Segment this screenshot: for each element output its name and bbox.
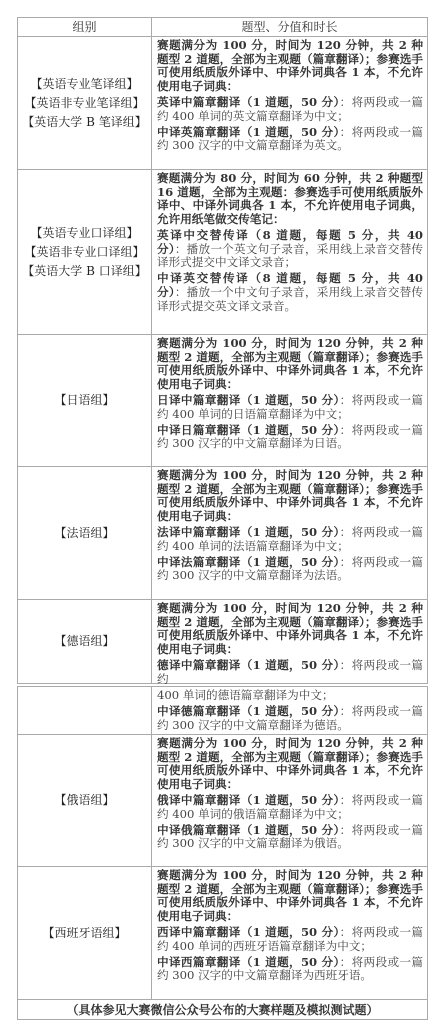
intro-text: 赛题满分为 100 分，时间为 120 分钟，共 2 种题型 2 道题，全部为主… xyxy=(157,337,423,391)
group-label: 【德语组】 xyxy=(54,632,114,651)
table-row-german: 【德语组】 赛题满分为 100 分，时间为 120 分钟，共 2 种题型 2 道… xyxy=(17,600,428,684)
header-group: 组别 xyxy=(18,18,151,36)
item-title: 中译德篇章翻译（1 道题，50 分） xyxy=(157,704,340,718)
group-cell: 【英语专业口译组】 【英语非专业口译组】 【英语大学 B 口译组】 xyxy=(18,170,151,334)
table-row-japanese: 【日语组】 赛题满分为 100 分，时间为 120 分钟，共 2 种题型 2 道… xyxy=(17,335,428,467)
table-row-french: 【法语组】 赛题满分为 100 分，时间为 120 分钟，共 2 种题型 2 道… xyxy=(17,467,428,600)
item-title: 法译中篇章翻译（1 道题，50 分） xyxy=(157,525,340,539)
table-header-row: 组别 题型、分值和时长 xyxy=(17,17,428,37)
group-label: 【西班牙语组】 xyxy=(42,924,126,943)
continued-text: 400 单词的德语篇章翻译为中文； xyxy=(157,689,423,703)
intro-text: 赛题满分为 100 分，时间为 120 分钟，共 2 种题型 2 道题，全部为主… xyxy=(157,869,423,923)
details-cell: 赛题满分为 100 分，时间为 120 分钟，共 2 种题型 2 道题，全部为主… xyxy=(151,467,427,599)
intro-text: 赛题满分为 100 分，时间为 120 分钟，共 2 种题型 2 道题，全部为主… xyxy=(157,602,423,656)
item-text: 德译中篇章翻译（1 道题，50 分）：将两段或一篇约 xyxy=(157,659,423,686)
details-cell: 赛题满分为 100 分，时间为 120 分钟，共 2 种题型 2 道题，全部为主… xyxy=(151,735,427,866)
details-cell: 赛题满分为 80 分，时间为 60 分钟，共 2 种题型 16 道题，全部为主观… xyxy=(151,170,427,334)
item-desc: ：播放一个中文句子录音，采用线上录音交替传译形式提交英文译文录音。 xyxy=(157,285,423,313)
details-cell: 400 单词的德语篇章翻译为中文； 中译德篇章翻译（1 道题，50 分）：将两段… xyxy=(151,687,427,734)
item-text: 西译中篇章翻译（1 道题，50 分）：将两段或一篇约 400 单词的西班牙语篇章… xyxy=(157,926,423,953)
item-title: 中译日篇章翻译（1 道题，50 分） xyxy=(157,423,340,437)
group-label: 【英语非专业口译组】 xyxy=(24,243,144,262)
item-title: 中译俄篇章翻译（1 道题，50 分） xyxy=(157,823,340,837)
item-text: 中译德篇章翻译（1 道题，50 分）：将两段或一篇约 300 汉字的中文篇章翻译… xyxy=(157,705,423,732)
header-details: 题型、分值和时长 xyxy=(151,18,427,36)
group-label: 【英语专业笔译组】 xyxy=(30,75,138,94)
item-title: 日译中篇章翻译（1 道题，50 分） xyxy=(157,393,340,407)
intro-text: 赛题满分为 100 分，时间为 120 分钟，共 2 种题型 2 道题，全部为主… xyxy=(157,469,423,523)
group-label: 【英语专业口译组】 xyxy=(30,224,138,243)
item-title: 西译中篇章翻译（1 道题，50 分） xyxy=(157,925,340,939)
table-row-english-written: 【英语专业笔译组】 【英语非专业笔译组】 【英语大学 B 笔译组】 赛题满分为 … xyxy=(17,37,428,170)
item-text: 中译英交替传译（8 道题，每题 5 分，共 40 分）：播放一个中文句子录音，采… xyxy=(157,272,423,313)
item-text: 中译西篇章翻译（1 道题，50 分）：将两段或一篇约 300 汉字的中文篇章翻译… xyxy=(157,956,423,983)
table-row-spanish: 【西班牙语组】 赛题满分为 100 分，时间为 120 分钟，共 2 种题型 2… xyxy=(17,867,428,1000)
footer-note: （具体参见大赛微信公众号公布的大赛样题及模拟测试题） xyxy=(66,1001,378,1018)
item-title: 中译英篇章翻译（1 道题，50 分） xyxy=(157,125,340,139)
group-label: 【日语组】 xyxy=(54,391,114,410)
table-row-german-continued: 400 单词的德语篇章翻译为中文； 中译德篇章翻译（1 道题，50 分）：将两段… xyxy=(17,686,428,735)
details-cell: 赛题满分为 100 分，时间为 120 分钟，共 2 种题型 2 道题，全部为主… xyxy=(151,335,427,466)
group-cell-empty xyxy=(18,687,151,734)
item-text: 中译英篇章翻译（1 道题，50 分）：将两段或一篇约 300 汉字的中文篇章翻译… xyxy=(157,126,423,153)
intro-text: 赛题满分为 100 分，时间为 120 分钟，共 2 种题型 2 道题，全部为主… xyxy=(157,39,423,93)
group-label: 【俄语组】 xyxy=(54,791,114,810)
item-title: 中译法篇章翻译（1 道题，50 分） xyxy=(157,555,340,569)
group-cell: 【英语专业笔译组】 【英语非专业笔译组】 【英语大学 B 笔译组】 xyxy=(18,37,151,169)
intro-text: 赛题满分为 80 分，时间为 60 分钟，共 2 种题型 16 道题，全部为主观… xyxy=(157,172,423,226)
item-title: 中译西篇章翻译（1 道题，50 分） xyxy=(157,955,340,969)
item-title: 德译中篇章翻译（1 道题，50 分） xyxy=(157,658,340,672)
item-text: 中译俄篇章翻译（1 道题，50 分）：将两段或一篇约 300 汉字的中文篇章翻译… xyxy=(157,824,423,851)
item-text: 中译法篇章翻译（1 道题，50 分）：将两段或一篇约 300 汉字的中文篇章翻译… xyxy=(157,556,423,583)
item-title: 俄译中篇章翻译（1 道题，50 分） xyxy=(157,793,340,807)
group-cell: 【法语组】 xyxy=(18,467,151,599)
item-text: 中译日篇章翻译（1 道题，50 分）：将两段或一篇约 300 汉字的中文篇章翻译… xyxy=(157,424,423,451)
group-label: 【英语非专业笔译组】 xyxy=(24,94,144,113)
group-label: 【法语组】 xyxy=(54,524,114,543)
item-title: 英译中篇章翻译（1 道题，50 分） xyxy=(157,95,340,109)
table-row-english-interpreting: 【英语专业口译组】 【英语非专业口译组】 【英语大学 B 口译组】 赛题满分为 … xyxy=(17,170,428,335)
table-footer-row: （具体参见大赛微信公众号公布的大赛样题及模拟测试题） xyxy=(17,1000,428,1020)
group-cell: 【日语组】 xyxy=(18,335,151,466)
details-cell: 赛题满分为 100 分，时间为 120 分钟，共 2 种题型 2 道题，全部为主… xyxy=(151,867,427,999)
item-text: 英译中篇章翻译（1 道题，50 分）：将两段或一篇约 400 单词的英文篇章翻译… xyxy=(157,96,423,123)
item-text: 俄译中篇章翻译（1 道题，50 分）：将两段或一篇约 400 单词的俄语篇章翻译… xyxy=(157,794,423,821)
group-label: 【英语大学 B 口译组】 xyxy=(22,262,146,281)
item-text: 法译中篇章翻译（1 道题，50 分）：将两段或一篇约 400 单词的法语篇章翻译… xyxy=(157,526,423,553)
group-cell: 【德语组】 xyxy=(18,600,151,683)
details-cell: 赛题满分为 100 分，时间为 120 分钟，共 2 种题型 2 道题，全部为主… xyxy=(151,600,427,683)
intro-text: 赛题满分为 100 分，时间为 120 分钟，共 2 种题型 2 道题，全部为主… xyxy=(157,737,423,791)
table-row-russian: 【俄语组】 赛题满分为 100 分，时间为 120 分钟，共 2 种题型 2 道… xyxy=(17,735,428,867)
group-cell: 【西班牙语组】 xyxy=(18,867,151,999)
item-text: 日译中篇章翻译（1 道题，50 分）：将两段或一篇约 400 单词的日语篇章翻译… xyxy=(157,394,423,421)
group-cell: 【俄语组】 xyxy=(18,735,151,866)
item-desc: ：播放一个英文句子录音，采用线上录音交替传译形式提交中文译文录音； xyxy=(157,242,423,270)
item-text: 英译中交替传译（8 道题，每题 5 分，共 40 分）：播放一个英文句子录音，采… xyxy=(157,229,423,270)
group-label: 【英语大学 B 笔译组】 xyxy=(22,113,146,132)
details-cell: 赛题满分为 100 分，时间为 120 分钟，共 2 种题型 2 道题，全部为主… xyxy=(151,37,427,169)
